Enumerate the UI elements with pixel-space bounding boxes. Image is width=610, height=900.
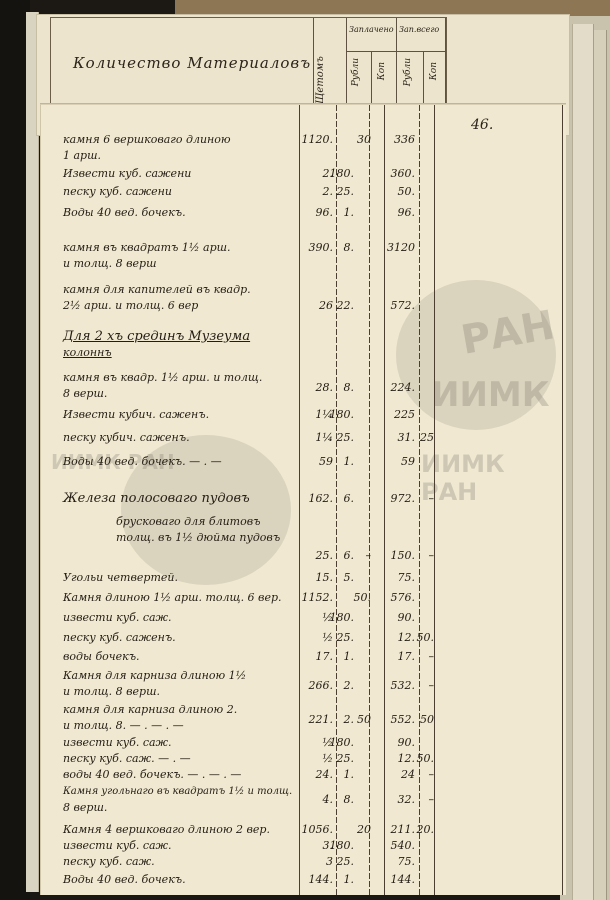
row-sum-rub: 75. — [371, 855, 415, 868]
page-stack-right-3 — [594, 30, 607, 900]
row-description: камня для капителей въ квадр. — [63, 283, 303, 296]
row-price: 180. — [299, 408, 354, 421]
row-sum-rub: 75. — [371, 571, 415, 584]
row-description: извести куб. саж. — [63, 736, 303, 749]
row-sum-kop: – — [409, 768, 434, 781]
row-sum-rub: 96. — [371, 206, 415, 219]
row-description: извести куб. саж. — [63, 611, 303, 624]
header-col-kop-1: Коп — [377, 62, 387, 80]
row-price: 2. — [299, 679, 354, 692]
header-col-rub-2: Рубли — [403, 58, 413, 86]
header-divider — [313, 18, 314, 105]
header-title: Количество Материаловъ — [73, 54, 311, 72]
column-rule — [369, 105, 370, 895]
row-price: 6. — [299, 492, 354, 505]
row-description-cont: 8 верш. — [63, 387, 303, 400]
row-price: 25. — [299, 752, 354, 765]
page-stack-right-2 — [572, 24, 594, 900]
header-divider — [423, 51, 424, 105]
row-price: 180. — [299, 839, 354, 852]
row-description: воды 40 вед. бочекъ. — . — . — — [63, 768, 303, 781]
row-description: Воды 40 вед. бочекъ. — . — — [63, 455, 303, 468]
row-sum-kop: – — [409, 492, 434, 505]
header-col-rub-1: Рубли — [351, 58, 361, 86]
row-sum-rub: 540. — [371, 839, 415, 852]
row-sum-kop: 50. — [409, 752, 434, 765]
page-number: 46. — [471, 117, 493, 133]
row-price: 180. — [299, 736, 354, 749]
row-description: песку куб. саж. — . — — [63, 752, 303, 765]
row-price: 8. — [299, 793, 354, 806]
row-description: песку куб. саженъ. — [63, 631, 303, 644]
row-sum-rub: 59 — [371, 455, 415, 468]
row-description: Камня угольнаго въ квадратъ 1½ и толщ. — [63, 785, 303, 798]
row-description: камня въ квадр. 1½ арш. и толщ. — [63, 371, 303, 384]
row-description: Извести кубич. саженъ. — [63, 408, 303, 421]
row-sum-rub: 50. — [371, 185, 415, 198]
row-description-cont: 2½ арш. и толщ. 6 вер — [63, 299, 303, 312]
row-sum-kop: – — [409, 793, 434, 806]
row-description: извести куб. саж. — [63, 839, 303, 852]
row-price-kop: 30 — [338, 133, 371, 146]
header-divider — [396, 18, 397, 105]
row-description: Железа полосоваго пудовъ — [63, 492, 303, 505]
watermark-logo-sub: ИИМК — [431, 375, 550, 415]
row-description-cont: и толщ. 8 верш — [63, 257, 303, 270]
row-price-kop: 50 — [338, 713, 371, 726]
row-price: 180. — [299, 167, 354, 180]
row-price: 8. — [299, 381, 354, 394]
row-price: 180. — [299, 611, 354, 624]
column-rule — [434, 105, 435, 895]
row-description: Камня длиною 1½ арш. толщ. 6 вер. — [63, 591, 303, 604]
row-price: 1. — [299, 768, 354, 781]
row-price: 1. — [299, 650, 354, 663]
row-price: 22. — [299, 299, 354, 312]
header-divider — [371, 51, 372, 105]
row-description: камня въ квадратъ 1½ арш. — [63, 241, 303, 254]
header-col-paid: Заплачено — [349, 25, 394, 34]
row-description: брусковаго для блитовъ — [116, 515, 356, 528]
row-description: песку куб. сажени — [63, 185, 303, 198]
row-price: 25. — [299, 855, 354, 868]
row-description-cont: и толщ. 8 верш. — [63, 685, 303, 698]
row-price-kop: – — [338, 549, 371, 562]
header-divider — [445, 18, 446, 105]
row-description: Угольи четвертей. — [63, 571, 303, 584]
row-qty: 1120. — [277, 133, 333, 146]
row-sum-rub: 572. — [371, 299, 415, 312]
row-description: Камня 4 вершковаго длиною 2 вер. — [63, 823, 303, 836]
row-sum-kop: 25 — [409, 431, 434, 444]
row-sum-rub: 90. — [371, 611, 415, 624]
header-subdivider — [346, 51, 446, 52]
row-price-kop: 20 — [338, 823, 371, 836]
row-description: Воды 40 вед. бочекъ. — [63, 873, 303, 886]
row-sum-rub: 336 — [371, 133, 415, 146]
row-price: 1. — [299, 873, 354, 886]
row-description: камня 6 вершковаго длиною — [63, 133, 303, 146]
row-price: 25. — [299, 185, 354, 198]
header-col-total: Зап.всего — [399, 25, 439, 34]
header-col-kop-2: Коп — [429, 62, 439, 80]
row-sum-rub: 576. — [371, 591, 415, 604]
row-description-cont: 8 верш. — [63, 801, 303, 814]
row-price: 25. — [299, 431, 354, 444]
row-description: Воды 40 вед. бочекъ. — [63, 206, 303, 219]
row-sum-rub: 225 — [371, 408, 415, 421]
row-sum-kop: 20. — [409, 823, 434, 836]
row-description-cont: толщ. въ 1½ дюйма пудовъ — [116, 531, 356, 544]
row-description: песку кубич. саженъ. — [63, 431, 303, 444]
front-sheet: РАН ИИМК ИИМК РАН ИИМК РАН 46. камня 6 в… — [40, 104, 566, 895]
section-heading-cont: колоннъ — [63, 346, 303, 359]
row-sum-rub: 360. — [371, 167, 415, 180]
row-description: песку куб. саж. — [63, 855, 303, 868]
row-description-cont: 1 арш. — [63, 149, 303, 162]
row-price: 5. — [299, 571, 354, 584]
header-col-count: Щетомъ — [315, 44, 345, 104]
row-qty: 1152. — [277, 591, 333, 604]
row-sum-kop: 50. — [409, 631, 434, 644]
header-divider — [346, 18, 347, 105]
row-description: воды бочекъ. — [63, 650, 303, 663]
margin-rule — [562, 105, 563, 895]
row-sum-kop: – — [409, 549, 434, 562]
section-heading: Для 2 хъ срединъ Музеума — [63, 330, 303, 343]
watermark-caption: ИИМК РАН — [421, 450, 566, 506]
row-sum-kop: – — [409, 650, 434, 663]
row-qty: 1056. — [277, 823, 333, 836]
row-price: 25. — [299, 631, 354, 644]
row-sum-kop: 50 — [409, 713, 434, 726]
row-description: камня для карниза длиною 2. — [63, 703, 303, 716]
row-description: Извести куб. сажени — [63, 167, 303, 180]
row-price: 1. — [299, 206, 354, 219]
row-description-cont: и толщ. 8. — . — . — — [63, 719, 303, 732]
row-price: 8. — [299, 241, 354, 254]
row-sum-kop: – — [409, 679, 434, 692]
page-edge-left — [26, 12, 39, 892]
row-price: 1. — [299, 455, 354, 468]
row-description: Камня для карниза длиною 1½ — [63, 669, 303, 682]
row-sum-rub: 90. — [371, 736, 415, 749]
ledger-header: Количество Материаловъ Щетомъ Заплачено … — [50, 17, 447, 105]
row-price-kop: 50. — [338, 591, 371, 604]
row-sum-rub: 224. — [371, 381, 415, 394]
row-sum-rub: 3120 — [371, 241, 415, 254]
row-sum-rub: 144. — [371, 873, 415, 886]
